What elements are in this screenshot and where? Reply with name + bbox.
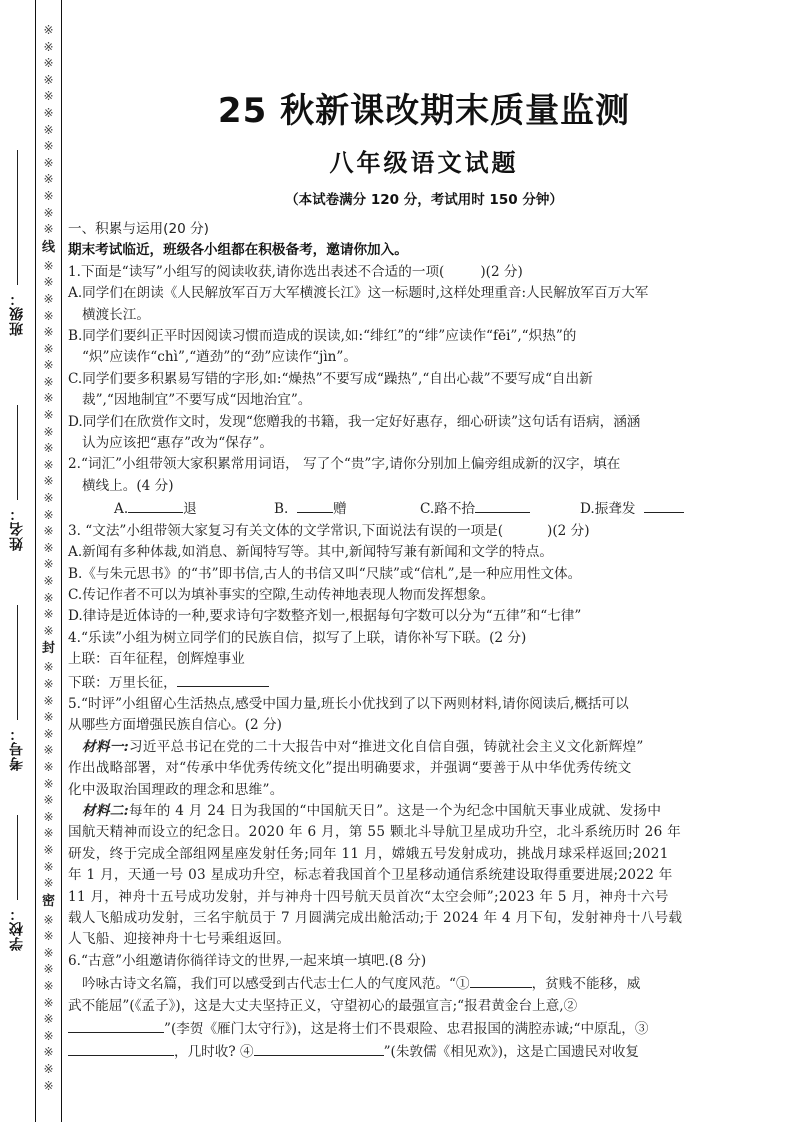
- seal-mark-icon: ※: [43, 759, 53, 776]
- q1-option-d-cont: 认为应该把“惠存”改为“保存”。: [68, 433, 780, 454]
- seal-mark-icon: ※: [43, 792, 53, 809]
- q1-option-a-cont: 横渡长江。: [68, 305, 780, 326]
- school-input-line[interactable]: [17, 815, 18, 900]
- seal-cut-mark: 密: [42, 892, 55, 912]
- q6-line-2: 武不能屈”(《孟子》)，这是大丈夫坚持正义，守望初心的最强宣言;“报君黄金台上意…: [68, 996, 780, 1017]
- seal-mark-icon: ※: [43, 523, 53, 540]
- seal-mark-icon: ※: [43, 39, 53, 56]
- seal-mark-icon: ※: [43, 507, 53, 524]
- question-3-stem: 3. “文法”小组带领大家复习有关文体的文学常识,下面说法有误的一项是()(2 …: [68, 521, 780, 542]
- seal-mark-icon: ※: [43, 1061, 53, 1078]
- class-label: 班级：: [7, 291, 27, 336]
- material-2-label: 材料二:: [82, 803, 129, 819]
- seal-mark-icon: ※: [43, 676, 53, 693]
- seal-mark-icon: ※: [43, 171, 53, 188]
- seal-mark-icon: ※: [43, 623, 53, 640]
- seal-mark-icon: ※: [43, 859, 53, 876]
- seal-mark-icon: ※: [43, 1078, 53, 1095]
- seal-mark-icon: ※: [43, 1028, 53, 1045]
- q2-option-c: C.路不拾: [420, 497, 580, 520]
- q3-option-c: C.传记作者不可以为填补事实的空隙,生动传神地表现人物而发挥想象。: [68, 585, 780, 606]
- seal-mark-icon: ※: [43, 374, 53, 391]
- name-field[interactable]: 姓名：: [4, 405, 30, 551]
- seal-mark-icon: ※: [43, 842, 53, 859]
- q1-option-b: B.同学们要纠正平时因阅读习惯而造成的误读,如:“绯红”的“绯”应读作“fēi”…: [68, 326, 780, 347]
- seal-mark-icon: ※: [43, 138, 53, 155]
- q2-blank-b[interactable]: [297, 497, 333, 513]
- page-subtitle: 八年级语文试题: [68, 143, 780, 178]
- material-1: 材料一:习近平总书记在党的二十大报告中对“推进文化自信自强，铸就社会主义文化新辉…: [68, 737, 780, 801]
- seal-mark-icon: ※: [43, 357, 53, 374]
- q1-option-c-cont: 裁”,“因地制宜”不要写成“因地治宜”。: [68, 390, 780, 411]
- q6-blank-1[interactable]: [470, 972, 532, 988]
- seal-mark-icon: ※: [43, 324, 53, 341]
- exam-note: （本试卷满分 120 分，考试用时 150 分钟）: [68, 188, 780, 208]
- seal-mark-icon: ※: [43, 205, 53, 222]
- q2-blank-d[interactable]: [644, 497, 684, 513]
- q6-blank-3[interactable]: [68, 1040, 174, 1056]
- seal-mark-icon: ※: [43, 693, 53, 710]
- section-heading: 一、积累与运用(20 分): [68, 219, 780, 240]
- q6-blank-2[interactable]: [68, 1017, 164, 1033]
- q1-option-d: D.同学们在欣赏作文时，发现“您赠我的书籍，我一定好好惠存，细心研读”这句话有语…: [68, 412, 780, 433]
- q3-option-b: B.《与朱元思书》的“书”即书信,古人的书信又叫“尺牍”或“信札”,是一种应用性…: [68, 564, 780, 585]
- material-1-label: 材料一:: [82, 739, 129, 755]
- seal-mark-icon: ※: [43, 540, 53, 557]
- name-label: 姓名：: [7, 506, 27, 551]
- class-input-line[interactable]: [17, 150, 18, 285]
- seal-mark-icon: ※: [43, 407, 53, 424]
- school-field[interactable]: 学校：: [4, 815, 30, 951]
- seal-mark-icon: ※: [43, 945, 53, 962]
- seal-mark-icon: ※: [43, 573, 53, 590]
- seal-mark-icon: ※: [43, 1044, 53, 1061]
- seal-mark-icon: ※: [43, 995, 53, 1012]
- seal-mark-icon: ※: [43, 726, 53, 743]
- question-2-stem: 2.“词汇”小组带领大家积累常用词语， 写了个“贵”字,请你分别加上偏旁组成新的…: [68, 454, 780, 475]
- material-2: 材料二:每年的 4 月 24 日为我国的“中国航天日”。这是一个为纪念中国航天事…: [68, 801, 780, 951]
- q1-option-a: A.同学们在朗读《人民解放军百万大军横渡长江》这一标题时,这样处理重音:人民解放…: [68, 283, 780, 304]
- seal-line-marks: ※※※※※※※※※※※※※线※※※※※※※※※※※※※※※※※※※※※※※封※※…: [36, 22, 61, 1094]
- seal-mark-icon: ※: [43, 590, 53, 607]
- seal-mark-icon: ※: [43, 978, 53, 995]
- seal-mark-icon: ※: [43, 556, 53, 573]
- name-input-line[interactable]: [17, 405, 18, 500]
- exam-number-field[interactable]: 考号：: [4, 605, 30, 771]
- question-5-stem-cont: 从哪些方面增强民族自信心。(2 分): [68, 715, 780, 736]
- seal-mark-icon: ※: [43, 341, 53, 358]
- seal-mark-icon: ※: [43, 390, 53, 407]
- seal-mark-icon: ※: [43, 928, 53, 945]
- q2-option-d: D.振聋发: [580, 497, 684, 520]
- seal-mark-icon: ※: [43, 809, 53, 826]
- page-title: 25 秋新课改期末质量监测: [68, 83, 780, 132]
- seal-mark-icon: ※: [43, 188, 53, 205]
- seal-mark-icon: ※: [43, 258, 53, 275]
- q2-blank-a[interactable]: [128, 497, 183, 513]
- q2-blank-c[interactable]: [475, 497, 530, 513]
- couplet-lower: 下联：万里长征，: [68, 671, 780, 694]
- seal-mark-icon: ※: [43, 473, 53, 490]
- question-1-stem: 1.下面是“读写”小组写的阅读收获,请你选出表述不合适的一项()(2 分): [68, 262, 780, 283]
- q2-option-a: A.退: [114, 497, 274, 520]
- section-intro: 期末考试临近，班级各小组都在积极备考，邀请你加入。: [68, 240, 780, 261]
- seal-mark-icon: ※: [43, 961, 53, 978]
- seal-mark-icon: ※: [43, 1011, 53, 1028]
- seal-mark-icon: ※: [43, 424, 53, 441]
- seal-mark-icon: ※: [43, 659, 53, 676]
- seal-mark-icon: ※: [43, 274, 53, 291]
- seal-cut-mark: 封: [42, 639, 55, 659]
- seal-mark-icon: ※: [43, 221, 53, 238]
- q6-line-3: ”(李贺《雁门太守行》)，这是将士们不畏艰险、忠君报国的满腔赤诚;“中原乱，③: [68, 1017, 780, 1040]
- q2-option-b: B. 赠: [274, 497, 420, 520]
- seal-cut-mark: 线: [42, 238, 55, 258]
- question-4-stem: 4.“乐读”小组为树立同学们的民族自信，拟写了上联，请你补写下联。(2 分): [68, 628, 780, 649]
- exam-body: 一、积累与运用(20 分) 期末考试临近，班级各小组都在积极备考，邀请你加入。 …: [68, 219, 780, 1064]
- seal-mark-icon: ※: [43, 22, 53, 39]
- couplet-upper: 上联：百年征程，创辉煌事业: [68, 649, 780, 670]
- q6-blank-4[interactable]: [254, 1040, 384, 1056]
- exam-number-label: 考号：: [7, 726, 27, 771]
- seal-mark-icon: ※: [43, 457, 53, 474]
- binding-margin: ※※※※※※※※※※※※※线※※※※※※※※※※※※※※※※※※※※※※※封※※…: [35, 0, 62, 1122]
- question-2-stem-cont: 横线上。(4 分): [68, 476, 780, 497]
- school-label: 学校：: [7, 906, 27, 951]
- seal-mark-icon: ※: [43, 291, 53, 308]
- seal-mark-icon: ※: [43, 606, 53, 623]
- seal-mark-icon: ※: [43, 440, 53, 457]
- seal-mark-icon: ※: [43, 490, 53, 507]
- seal-mark-icon: ※: [43, 122, 53, 139]
- question-5-stem: 5.“时评”小组留心生活热点,感受中国力量,班长小优找到了以下两则材料,请你阅读…: [68, 694, 780, 715]
- seal-mark-icon: ※: [43, 72, 53, 89]
- seal-mark-icon: ※: [43, 742, 53, 759]
- q3-option-a: A.新闻有多种体裁,如消息、新闻特写等。其中,新闻特写兼有新闻和文学的特点。: [68, 542, 780, 563]
- seal-mark-icon: ※: [43, 105, 53, 122]
- seal-mark-icon: ※: [43, 912, 53, 929]
- q1-option-c: C.同学们要多积累易写错的字形,如:“燥热”不要写成“躁热”,“自出心裁”不要写…: [68, 369, 780, 390]
- seal-mark-icon: ※: [43, 709, 53, 726]
- q1-option-b-cont: “炽”应读作“chì”,“遒劲”的“劲”应读作“jìn”。: [68, 347, 780, 368]
- class-field[interactable]: 班级：: [4, 150, 30, 336]
- seal-mark-icon: ※: [43, 825, 53, 842]
- seal-mark-icon: ※: [43, 155, 53, 172]
- q3-option-d: D.律诗是近体诗的一种,要求诗句字数整齐划一,根据每句字数可以分为“五律”和“七…: [68, 606, 780, 627]
- question-6-stem: 6.“古意”小组邀请你徜徉诗文的世界,一起来填一填吧.(8 分): [68, 951, 780, 972]
- q2-options: A.退 B. 赠 C.路不拾 D.振聋发: [68, 497, 780, 520]
- q6-line-4: ，几时收? ④”(朱敦儒《相见欢》)，这是亡国遗民对收复: [68, 1040, 780, 1063]
- seal-mark-icon: ※: [43, 776, 53, 793]
- couplet-lower-blank[interactable]: [177, 671, 269, 687]
- seal-mark-icon: ※: [43, 308, 53, 325]
- seal-mark-icon: ※: [43, 88, 53, 105]
- exam-number-input-line[interactable]: [17, 605, 18, 720]
- seal-mark-icon: ※: [43, 875, 53, 892]
- seal-mark-icon: ※: [43, 55, 53, 72]
- q6-line-1: 吟咏古诗文名篇，我们可以感受到古代志士仁人的气度风范。“①，贫贱不能移，威: [68, 972, 780, 995]
